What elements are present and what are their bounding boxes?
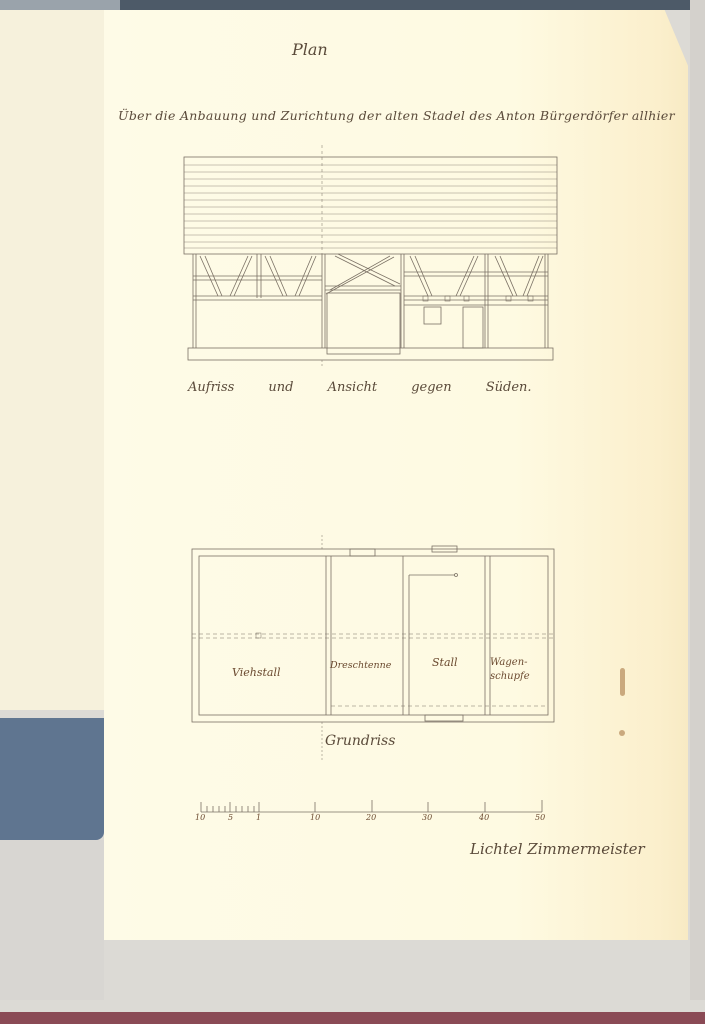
top-cover-edge-left bbox=[0, 0, 120, 10]
floor-plan-caption: Grundriss bbox=[325, 733, 395, 749]
document-subtitle: Über die Anbauung und Zurichtung der alt… bbox=[118, 108, 675, 123]
scale-tick-label: 50 bbox=[535, 813, 545, 822]
room-label-stall: Stall bbox=[432, 656, 458, 669]
blue-cover-tab bbox=[0, 718, 104, 840]
left-page-background bbox=[0, 0, 120, 710]
ink-stain bbox=[619, 730, 625, 736]
bottom-cover-edge bbox=[0, 1012, 705, 1024]
scale-tick-label: 20 bbox=[366, 813, 376, 822]
room-label-viehstall: Viehstall bbox=[232, 666, 281, 679]
room-label-wagenschupfe: Wagen-schupfe bbox=[490, 656, 545, 684]
signature: Lichtel Zimmermeister bbox=[470, 840, 645, 858]
document-title: Plan bbox=[292, 40, 328, 59]
right-background-strip bbox=[690, 0, 705, 1000]
drawing-sheet bbox=[104, 10, 688, 940]
scale-tick-label: 40 bbox=[479, 813, 489, 822]
elevation-caption: Aufriss und Ansicht gegen Süden. bbox=[188, 380, 532, 395]
scale-tick-label: 10 bbox=[310, 813, 320, 822]
grey-backing bbox=[0, 840, 104, 1000]
scale-tick-label: 10 bbox=[195, 813, 205, 822]
scale-tick-label: 5 bbox=[228, 813, 233, 822]
scale-tick-label: 1 bbox=[256, 813, 261, 822]
scale-tick-label: 30 bbox=[422, 813, 432, 822]
ink-stain bbox=[620, 668, 625, 696]
room-label-dreschtenne: Dreschtenne bbox=[330, 660, 391, 671]
